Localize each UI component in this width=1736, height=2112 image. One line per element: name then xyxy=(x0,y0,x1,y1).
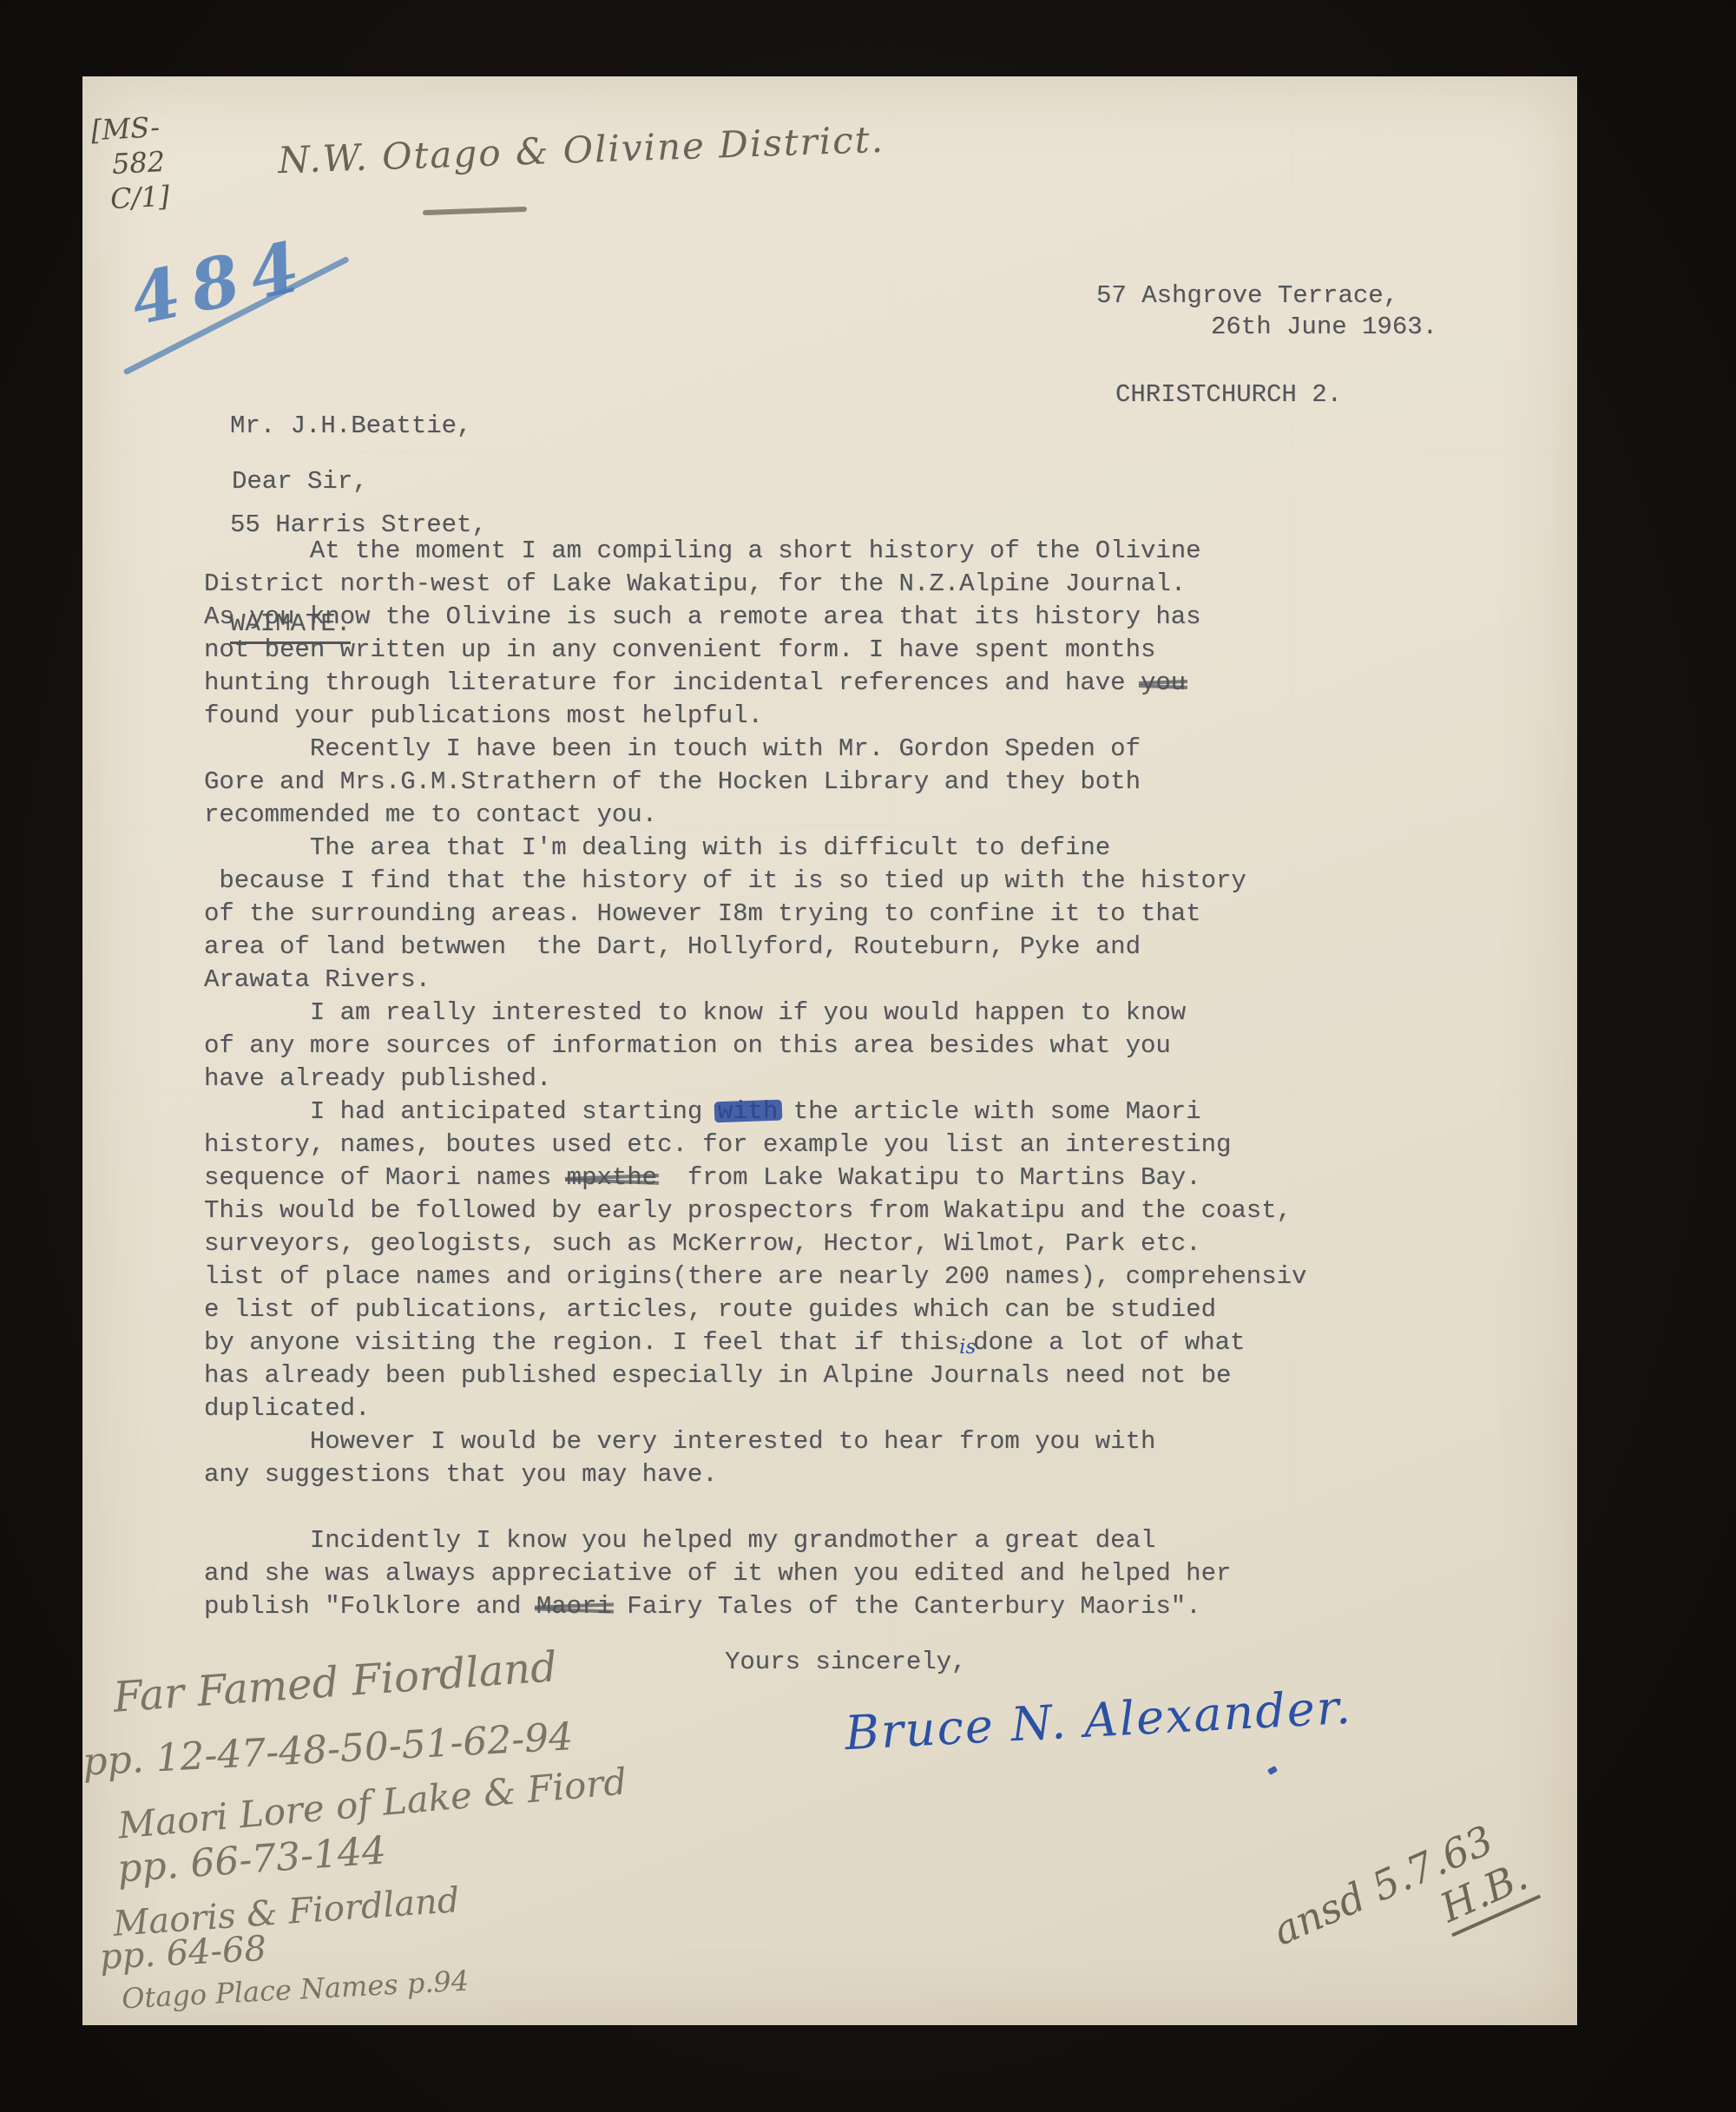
ink-insertion: is xyxy=(959,1331,973,1364)
typed-strikeout: mpxthe xyxy=(567,1161,657,1194)
ink-scribble-strikeout: with xyxy=(718,1095,779,1128)
paragraph: However I would be very interested to he… xyxy=(204,1425,1480,1491)
body-line: I had anticipated starting with the arti… xyxy=(204,1095,1480,1128)
reference-note: pp. 64-68 xyxy=(99,1929,267,1977)
body-line: District north-west of Lake Wakatipu, fo… xyxy=(204,568,1480,601)
body-line: and she was always appreciative of it wh… xyxy=(204,1557,1480,1590)
paragraph: I am really interested to know if you wo… xyxy=(204,997,1480,1095)
body-line: The area that I'm dealing with is diffic… xyxy=(204,832,1480,865)
body-line: any suggestions that you may have. xyxy=(204,1458,1480,1491)
archive-reference-line: 582 xyxy=(111,144,168,181)
body-line: duplicated. xyxy=(204,1392,1480,1425)
body-line: As you know the Olivine is such a remote… xyxy=(204,601,1480,634)
letter-body: At the moment I am compiling a short his… xyxy=(204,535,1480,1623)
body-line: by anyone visiting the region. I feel th… xyxy=(204,1326,1480,1359)
body-line: recommended me to contact you. xyxy=(204,799,1480,832)
body-line: sequence of Maori names mpxthe from Lake… xyxy=(204,1161,1480,1194)
ink-dot xyxy=(1267,1766,1278,1775)
scan-backdrop: [MS- 582 C/1] 484 N.W. Otago & Olivine D… xyxy=(0,0,1736,2112)
letter-date: 26th June 1963. xyxy=(1211,313,1437,341)
paragraph: Incidently I know you helped my grandmot… xyxy=(204,1524,1480,1623)
paragraph: The area that I'm dealing with is diffic… xyxy=(204,832,1480,997)
body-line: found your publications most helpful. xyxy=(204,700,1480,733)
sender-address-line: 57 Ashgrove Terrace, xyxy=(1096,280,1398,313)
body-line: Recently I have been in touch with Mr. G… xyxy=(204,733,1480,766)
paragraph: I had anticipated starting with the arti… xyxy=(204,1095,1480,1425)
body-line: Gore and Mrs.G.M.Strathern of the Hocken… xyxy=(204,766,1480,799)
body-line: I am really interested to know if you wo… xyxy=(204,997,1480,1030)
body-line: area of land betwwen the Dart, Hollyford… xyxy=(204,931,1480,964)
recipient-line: Mr. J.H.Beattie, xyxy=(230,410,487,443)
typed-strikeout: you xyxy=(1141,667,1186,700)
body-line: Arawata Rivers. xyxy=(204,964,1480,997)
body-line: This would be followed by early prospect… xyxy=(204,1194,1480,1227)
body-line: At the moment I am compiling a short his… xyxy=(204,535,1480,568)
sender-address-line: CHRISTCHURCH 2. xyxy=(1115,378,1398,411)
body-line: of the surrounding areas. However I8m tr… xyxy=(204,898,1480,931)
handwritten-title: N.W. Otago & Olivine District. xyxy=(277,118,885,181)
answered-note: ansd 5.7.63 H.B. xyxy=(1266,1760,1647,2002)
sender-address: 57 Ashgrove Terrace, CHRISTCHURCH 2. xyxy=(1096,214,1398,477)
reference-note: Far Famed Fiordland xyxy=(112,1642,559,1722)
letter-paper: [MS- 582 C/1] 484 N.W. Otago & Olivine D… xyxy=(82,76,1577,2025)
paragraph: At the moment I am compiling a short his… xyxy=(204,535,1480,733)
body-line: history, names, boutes used etc. for exa… xyxy=(204,1128,1480,1161)
archive-reference-line: C/1] xyxy=(109,179,170,217)
paragraph: Recently I have been in touch with Mr. G… xyxy=(204,733,1480,832)
body-line: surveyors, geologists, such as McKerrow,… xyxy=(204,1227,1480,1260)
closing: Yours sincerely, xyxy=(725,1648,966,1676)
typed-strikeout: Maori xyxy=(536,1590,612,1623)
body-line: However I would be very interested to he… xyxy=(204,1425,1480,1458)
body-line: Incidently I know you helped my grandmot… xyxy=(204,1524,1480,1557)
archive-reference-line: [MS- xyxy=(90,109,167,148)
body-line: list of place names and origins(there ar… xyxy=(204,1260,1480,1293)
body-line: not been written up in any convenient fo… xyxy=(204,634,1480,667)
body-line: has already been published especially in… xyxy=(204,1359,1480,1392)
salutation: Dear Sir, xyxy=(232,467,368,496)
body-line: publish "Folklore and Maori Fairy Tales … xyxy=(204,1590,1480,1623)
body-line: have already published. xyxy=(204,1063,1480,1095)
title-underline xyxy=(423,207,527,215)
body-line: hunting through literature for incidenta… xyxy=(204,667,1480,700)
archive-reference-mark: [MS- 582 C/1] xyxy=(90,109,170,217)
body-line: e list of publications, articles, route … xyxy=(204,1293,1480,1326)
signature: Bruce N. Alexander. xyxy=(844,1680,1353,1761)
body-line: of any more sources of information on th… xyxy=(204,1030,1480,1063)
body-line: because I find that the history of it is… xyxy=(204,865,1480,898)
